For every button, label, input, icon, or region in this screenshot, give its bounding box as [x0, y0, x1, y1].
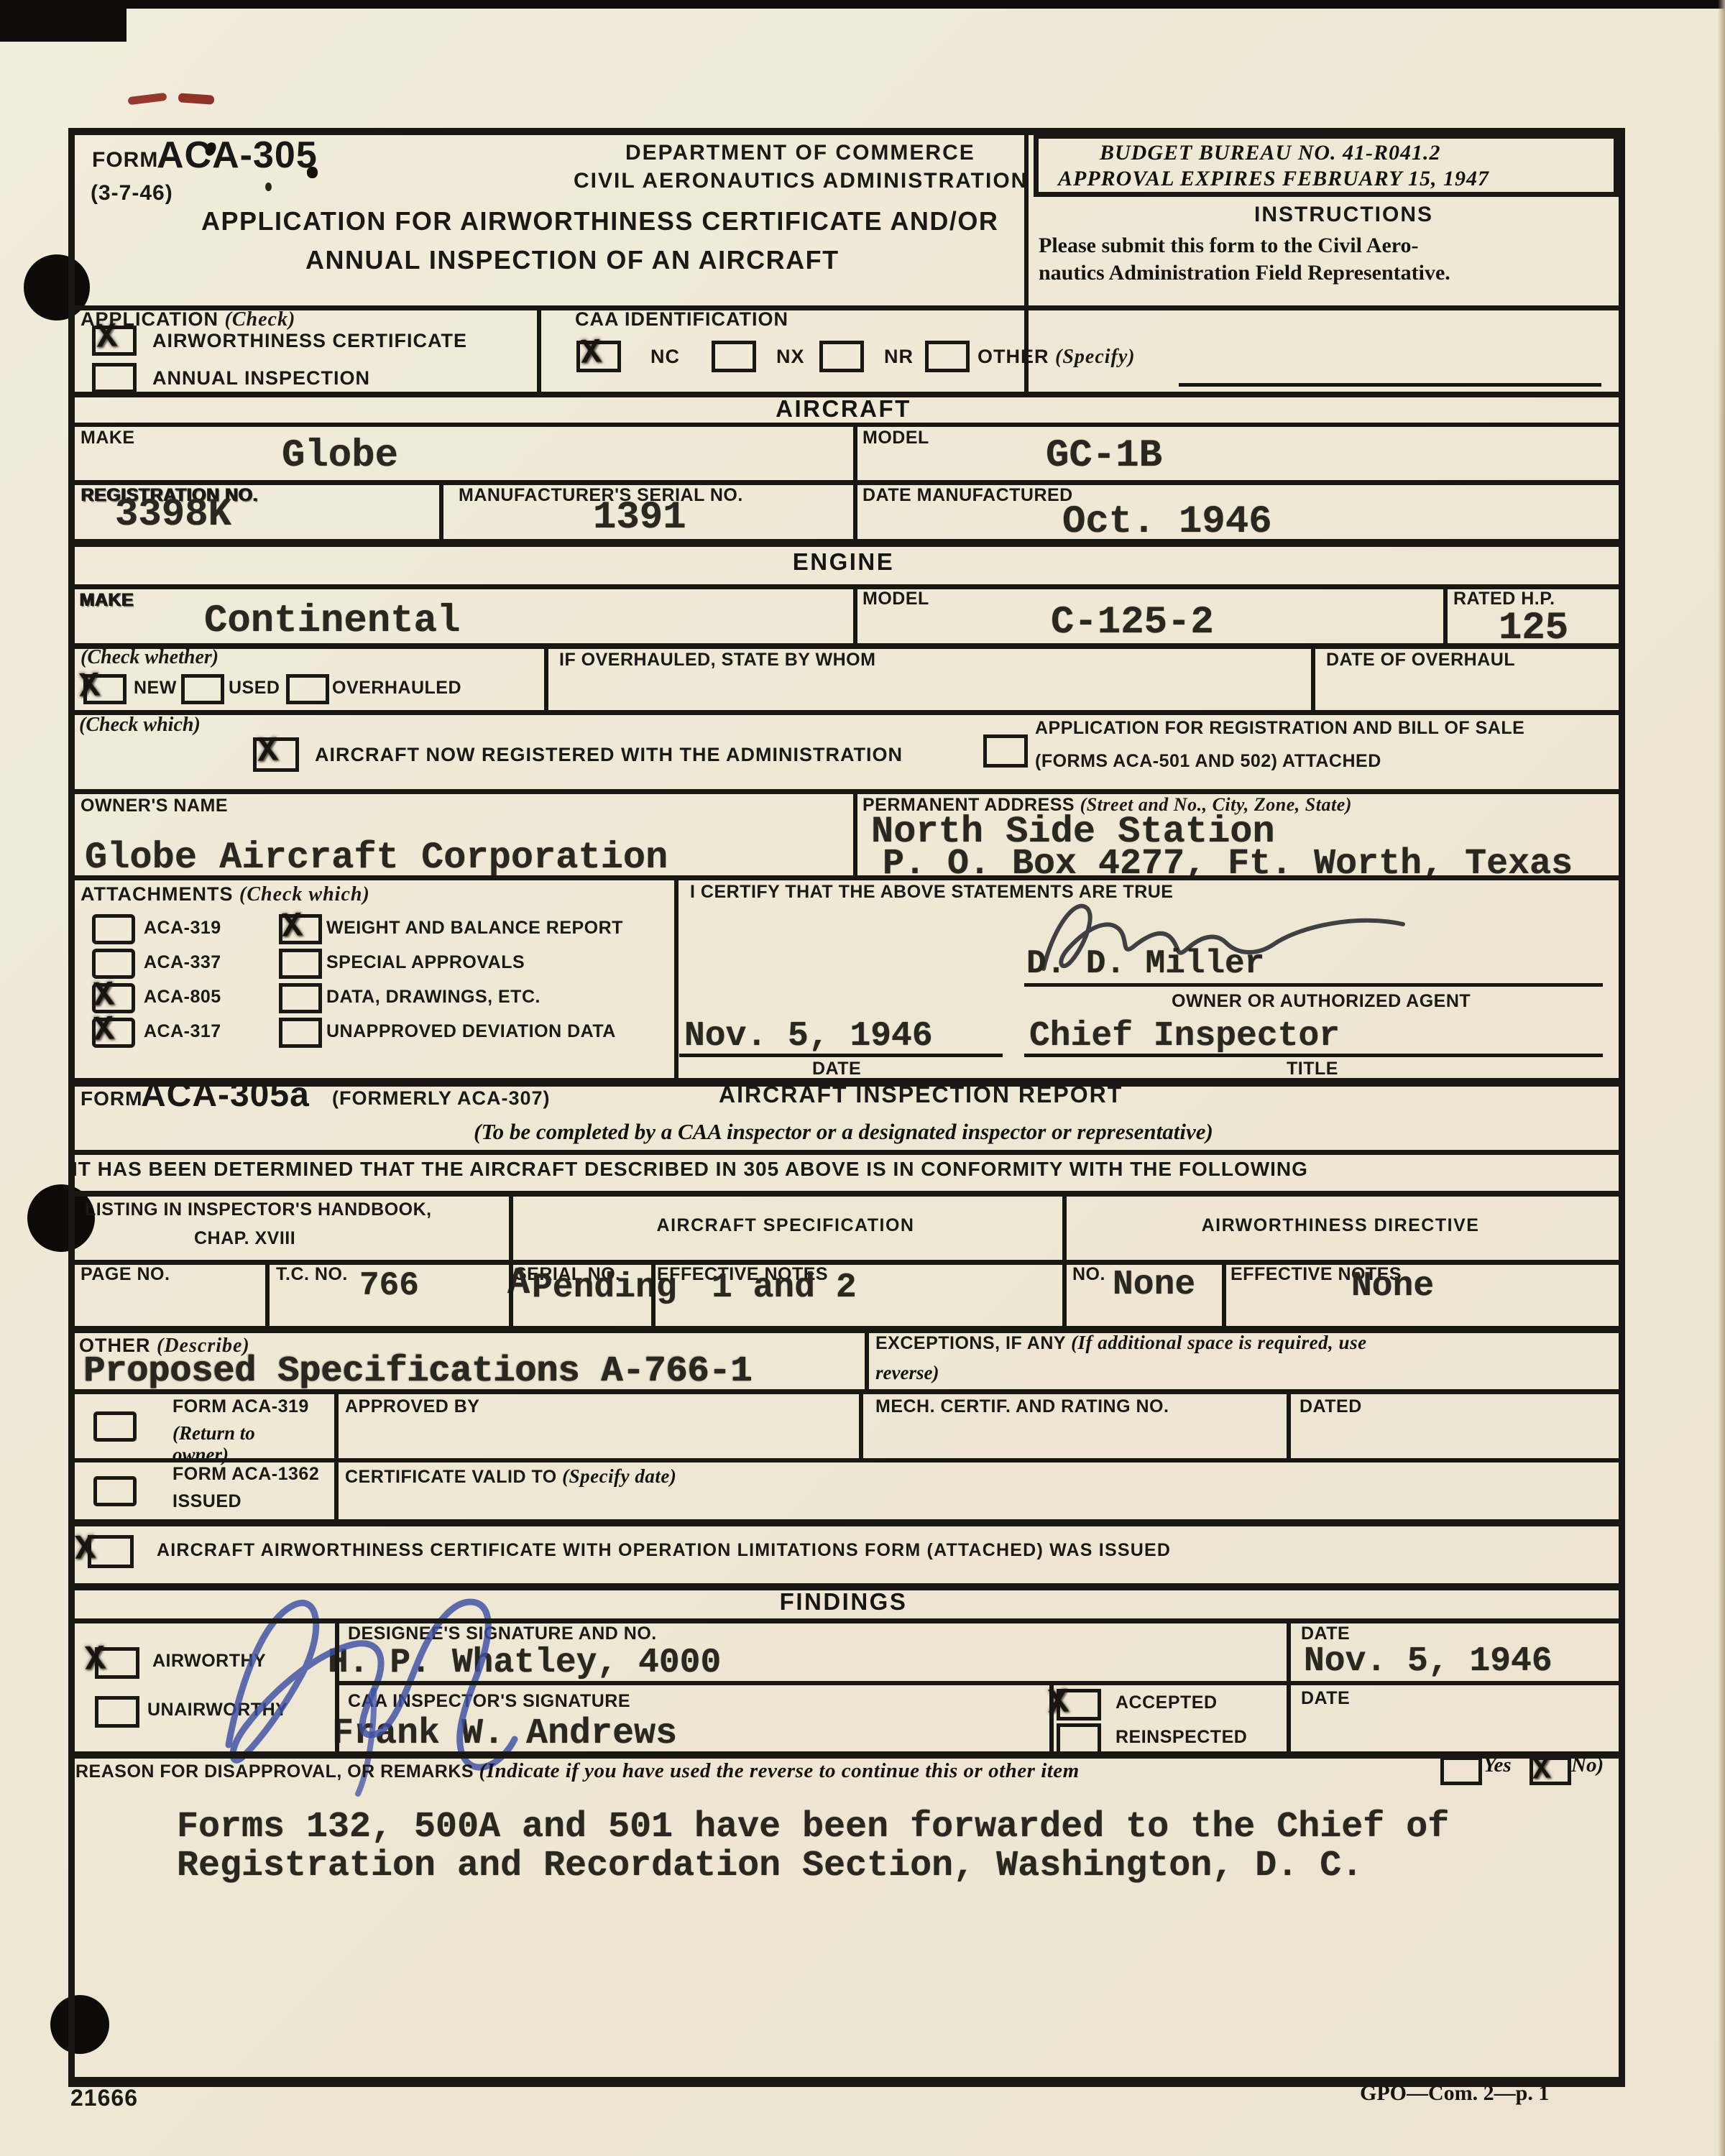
scan-edge-top — [0, 0, 1725, 9]
rule-line — [68, 128, 75, 2087]
exceptions-line2: reverse) — [875, 1361, 939, 1386]
airworthy-checkmark: X — [84, 1642, 106, 1677]
engine-model-label: MODEL — [862, 589, 929, 609]
tc-no-label: T.C. NO. — [276, 1265, 348, 1285]
form-305a-label: FORM — [80, 1088, 142, 1110]
directive-no-value: None — [1113, 1268, 1195, 1302]
form-revision: (3-7-46) — [91, 181, 173, 205]
budget-line1: BUDGET BUREAU NO. 41-R041.2 — [1100, 139, 1441, 167]
agency-line1: DEPARTMENT OF COMMERCE — [625, 141, 975, 165]
engine-band-title: ENGINE — [68, 550, 1619, 573]
rule-line — [853, 789, 857, 875]
rule-line — [68, 305, 1624, 310]
aca-317-label: ACA-317 — [144, 1022, 221, 1042]
certify-date-underline — [679, 1054, 1003, 1057]
determination-statement: IT HAS BEEN DETERMINED THAT THE AIRCRAFT… — [72, 1158, 1308, 1181]
nc-checkmark: X — [580, 336, 602, 371]
bill-of-sale-checkbox — [983, 734, 1028, 768]
mech-certif-label: MECH. CERTIF. AND RATING NO. — [875, 1397, 1169, 1417]
remarks-line2: Registration and Recordation Section, Wa… — [177, 1848, 1363, 1884]
rule-line — [1062, 1191, 1067, 1326]
rule-line — [651, 1260, 655, 1326]
registration-no-value: 3398K — [115, 496, 231, 535]
new-label: NEW — [134, 678, 177, 699]
rule-line — [68, 643, 1624, 649]
rule-line — [68, 1191, 1624, 1197]
form-aca-319-label: FORM ACA-319 — [172, 1397, 309, 1417]
caa-identification-label: CAA IDENTIFICATION — [575, 309, 788, 331]
aircraft-band-title: AIRCRAFT — [68, 397, 1619, 420]
if-overhauled-label: IF OVERHAULED, STATE BY WHOM — [559, 650, 875, 671]
annual-inspection-checkbox — [92, 363, 137, 393]
rule-line — [68, 1326, 1624, 1333]
airworthiness-certificate-checkmark: X — [96, 320, 118, 355]
certify-title-value: Chief Inspector — [1029, 1019, 1340, 1054]
rule-line — [1287, 1618, 1291, 1751]
form-aca-319-checkbox — [93, 1411, 137, 1442]
rule-line — [68, 392, 1624, 397]
owner-name-value: Globe Aircraft Corporation — [85, 839, 668, 877]
annual-inspection-label: ANNUAL INSPECTION — [152, 368, 370, 390]
nc-label: NC — [650, 346, 680, 368]
scanned-form-page: FORM ACA-305 (3-7-46) DEPARTMENT OF COMM… — [0, 0, 1725, 2156]
red-pen-mark — [178, 93, 215, 104]
other-id-checkbox — [925, 341, 970, 372]
page-no-label: PAGE NO. — [80, 1265, 170, 1285]
findings-date-value: Nov. 5, 1946 — [1304, 1644, 1552, 1679]
rule-line — [853, 584, 857, 643]
owner-agent-label: OWNER OR AUTHORIZED AGENT — [1172, 992, 1471, 1012]
rule-line — [509, 1191, 513, 1326]
other-describe-value: Proposed Specifications A-766-1 — [83, 1354, 752, 1390]
rule-line — [1024, 128, 1029, 392]
aircraft-make-label: MAKE — [80, 428, 135, 448]
rule-line — [334, 1389, 339, 1519]
rule-line — [853, 423, 857, 539]
rule-line — [335, 1618, 339, 1751]
airworthiness-certificate-label: AIRWORTHINESS CERTIFICATE — [152, 331, 467, 352]
rule-line — [68, 1078, 1624, 1087]
date-of-overhaul-label: DATE OF OVERHAUL — [1326, 650, 1515, 671]
findings-date-label: DATE — [1301, 1624, 1350, 1644]
used-label: USED — [229, 678, 280, 699]
nx-label: NX — [776, 346, 805, 368]
aca-319-label: ACA-319 — [144, 918, 221, 939]
dated-label: DATED — [1299, 1397, 1362, 1417]
rule-line — [68, 1260, 1624, 1265]
rule-line — [335, 1681, 1624, 1685]
aca-805-label: ACA-805 — [144, 987, 221, 1008]
certify-date-value: Nov. 5, 1946 — [684, 1019, 933, 1054]
special-approvals-label: SPECIAL APPROVALS — [326, 953, 525, 973]
rule-line — [68, 1618, 1624, 1623]
rule-line — [68, 1458, 1624, 1462]
certify-title-underline — [1024, 1054, 1603, 1057]
instructions-line1: Please submit this form to the Civil Aer… — [1039, 231, 1419, 259]
check-which-label: (Check which) — [79, 714, 201, 737]
rule-line — [68, 710, 1624, 715]
rule-line — [537, 305, 541, 392]
form-aca-1362-issued-label: ISSUED — [172, 1492, 241, 1512]
date-manufactured-value: Oct. 1946 — [1062, 503, 1272, 542]
nr-label: NR — [884, 346, 914, 368]
certificate-valid-to-label: CERTIFICATE VALID TO (Specify date) — [345, 1465, 676, 1489]
instructions-title: INSTRUCTIONS — [1254, 203, 1433, 226]
data-drawings-checkbox — [279, 983, 322, 1013]
form-aca-1362-label: FORM ACA-1362 — [172, 1465, 319, 1485]
rule-line — [68, 423, 1624, 427]
form-305a-formerly: (FORMERLY ACA-307) — [332, 1088, 551, 1110]
aircraft-model-label: MODEL — [862, 428, 929, 448]
rule-line — [68, 584, 1624, 589]
findings-date2-label: DATE — [1301, 1689, 1350, 1709]
other-id-underline — [1179, 383, 1601, 387]
bill-of-sale-label-line1: APPLICATION FOR REGISTRATION AND BILL OF… — [1035, 719, 1524, 739]
budget-line2: APPROVAL EXPIRES FEBRUARY 15, 1947 — [1058, 165, 1489, 193]
aca-337-checkbox — [92, 949, 135, 979]
remarks-line1: Forms 132, 500A and 501 have been forwar… — [177, 1810, 1449, 1846]
footer-print-code: 21666 — [70, 2086, 138, 2111]
rule-line — [265, 1260, 270, 1326]
date-manufactured-label: DATE MANUFACTURED — [862, 486, 1073, 506]
weight-balance-checkmark: X — [281, 909, 303, 944]
reinspected-checkbox — [1057, 1723, 1101, 1755]
listing-header-line1: LISTING IN INSPECTOR'S HANDBOOK, — [85, 1200, 432, 1220]
rule-line — [859, 1389, 863, 1458]
owner-signature-underline — [1024, 983, 1603, 987]
rule-line — [674, 875, 678, 1078]
rule-line — [68, 1519, 1624, 1526]
serial-no-value: 1391 — [593, 499, 686, 538]
aircraft-model-value: GC-1B — [1046, 437, 1162, 476]
reason-label: REASON FOR DISAPPROVAL, OR REMARKS (Indi… — [75, 1758, 1080, 1784]
unairworthy-checkbox — [95, 1696, 139, 1728]
rule-line — [68, 789, 1624, 794]
listing-header-line2: CHAP. XVIII — [194, 1229, 295, 1249]
rule-line — [68, 539, 1624, 547]
hole-punch — [50, 1995, 109, 2054]
rule-line — [68, 1389, 1624, 1394]
ink-speck — [265, 183, 272, 191]
reason-no-checkmark: X — [1532, 1754, 1551, 1785]
form-aca-1362-checkbox — [93, 1476, 137, 1506]
certificate-issued-statement: AIRCRAFT AIRWORTHINESS CERTIFICATE WITH … — [157, 1541, 1171, 1561]
special-approvals-checkbox — [279, 949, 322, 979]
accepted-label: ACCEPTED — [1115, 1693, 1218, 1713]
owner-signature-typed: D. D. Miller — [1026, 947, 1264, 980]
other-id-label: OTHER (Specify) — [977, 346, 1136, 369]
instructions-line2: nautics Administration Field Representat… — [1039, 259, 1450, 287]
inspection-subtitle: (To be completed by a CAA inspector or a… — [68, 1118, 1619, 1146]
eff-notes-value: 1 and 2 — [712, 1271, 857, 1305]
check-whether-label: (Check whether) — [80, 647, 218, 669]
overhauled-label: OVERHAULED — [332, 678, 461, 699]
form-label: FORM — [92, 148, 158, 172]
certificate-issued-checkmark: X — [74, 1531, 96, 1567]
form-number: ACA-305 — [157, 137, 318, 174]
engine-make-label: MAKE — [79, 591, 134, 611]
weight-balance-label: WEIGHT AND BALANCE REPORT — [326, 918, 623, 939]
rule-line — [68, 128, 1624, 135]
aircraft-make-value: Globe — [282, 437, 398, 476]
red-pen-mark — [128, 93, 167, 105]
rule-line — [68, 875, 1624, 880]
used-checkbox — [181, 674, 224, 704]
unapproved-deviation-label: UNAPPROVED DEVIATION DATA — [326, 1022, 616, 1042]
form-title-line1: APPLICATION FOR AIRWORTHINESS CERTIFICAT… — [201, 207, 998, 236]
engine-model-value: C-125-2 — [1051, 604, 1214, 642]
aircraft-spec-header: AIRCRAFT SPECIFICATION — [509, 1216, 1062, 1236]
reinspected-label: REINSPECTED — [1115, 1728, 1247, 1748]
attachments-label: ATTACHMENTS (Check which) — [80, 884, 370, 906]
aca-337-label: ACA-337 — [144, 953, 221, 973]
rated-hp-value: 125 — [1499, 609, 1568, 648]
nx-checkbox — [712, 341, 756, 372]
scan-edge-right — [1718, 0, 1725, 2156]
form-title-line2: ANNUAL INSPECTION OF AN AIRCRAFT — [305, 246, 839, 275]
eff-notes2-value: None — [1351, 1269, 1434, 1304]
rule-line — [68, 1751, 1624, 1759]
directive-no-label: NO. — [1072, 1265, 1105, 1285]
rule-line — [1619, 128, 1625, 2087]
aca-317-checkmark: X — [93, 1013, 115, 1048]
rule-line — [439, 480, 443, 539]
registered-checkmark: X — [257, 734, 279, 769]
rule-line — [68, 2077, 1624, 2087]
exceptions-label: EXCEPTIONS, IF ANY (If additional space … — [875, 1331, 1367, 1355]
unapproved-deviation-checkbox — [279, 1018, 322, 1048]
certify-title-label: TITLE — [1287, 1059, 1338, 1079]
rule-line — [68, 480, 1624, 485]
rule-line — [1222, 1260, 1226, 1326]
scan-edge-corner — [0, 0, 126, 42]
rule-line — [865, 1326, 869, 1389]
airworthiness-directive-header: AIRWORTHINESS DIRECTIVE — [1062, 1216, 1619, 1236]
nr-checkbox — [819, 341, 864, 372]
data-drawings-label: DATA, DRAWINGS, ETC. — [326, 987, 540, 1008]
form-aca-319-return1: (Return to — [172, 1422, 255, 1446]
certify-date-label: DATE — [812, 1059, 861, 1079]
approved-by-label: APPROVED BY — [345, 1397, 479, 1417]
bill-of-sale-label-line2: (FORMS ACA-501 AND 502) ATTACHED — [1035, 752, 1381, 772]
aca-805-checkmark: X — [93, 978, 115, 1013]
rule-line — [1311, 643, 1315, 710]
reason-yes-checkbox — [1440, 1756, 1482, 1785]
aca-319-checkbox — [92, 914, 135, 944]
rule-line — [1049, 1681, 1054, 1751]
rule-line — [544, 643, 548, 710]
tc-no-value: 766 — [359, 1269, 419, 1302]
rule-line — [1443, 584, 1448, 643]
owner-name-label: OWNER'S NAME — [80, 796, 228, 816]
agency-line2: CIVIL AERONAUTICS ADMINISTRATION — [574, 169, 1028, 193]
rule-line — [68, 1150, 1624, 1155]
engine-make-value: Continental — [204, 602, 460, 641]
new-checkmark: X — [78, 669, 101, 704]
overhauled-checkbox — [286, 674, 329, 704]
registered-label: AIRCRAFT NOW REGISTERED WITH THE ADMINIS… — [315, 745, 903, 766]
rule-line — [1287, 1389, 1291, 1458]
rule-line — [68, 1583, 1624, 1590]
